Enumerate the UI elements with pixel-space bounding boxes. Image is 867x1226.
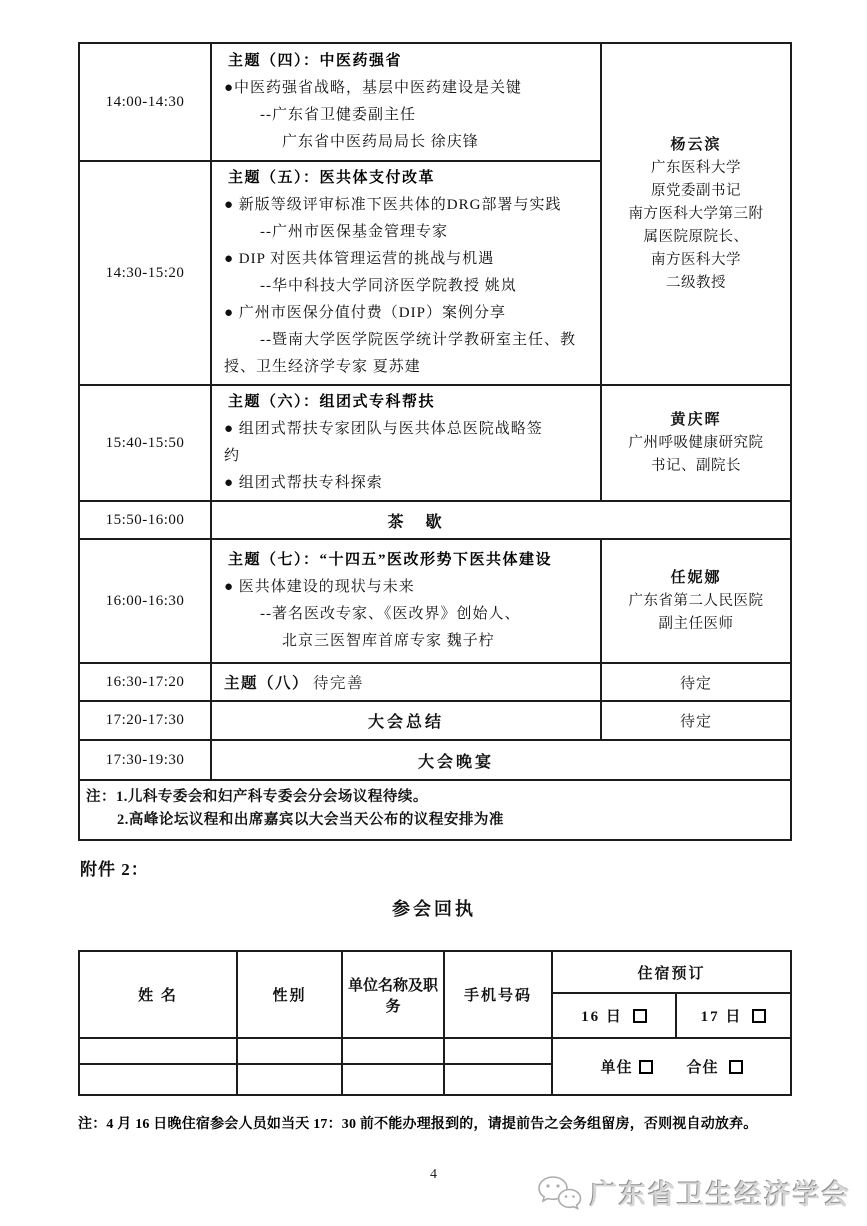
time-cell: 15:40-15:50 bbox=[79, 385, 211, 501]
text-line: 南方医科大学第三附 bbox=[604, 203, 788, 226]
topic-cell: 主题（五）：医共体支付改革● 新版等级评审标准下医共体的DRG部署与实践--广州… bbox=[211, 161, 601, 385]
text-line: ● DIP 对医共体管理运营的挑战与机遇 bbox=[216, 246, 596, 273]
speaker-pending-cell: 待定 bbox=[601, 701, 791, 740]
form-data-row: 单住合住 bbox=[79, 1038, 791, 1064]
text-line: 2.高峰论坛议程和出席嘉宾以大会当天公布的议程安排为准 bbox=[86, 809, 784, 832]
lodging-shared-label: 合住 bbox=[687, 1060, 719, 1076]
speaker-cell: 杨云滨广东医科大学原党委副书记南方医科大学第三附属医院原院长、南方医科大学二级教… bbox=[601, 43, 791, 385]
text-line: 广东省中医药局局长 徐庆锋 bbox=[216, 129, 596, 156]
text-line: 杨云滨 bbox=[604, 134, 788, 157]
speaker-cell: 黄庆晖广州呼吸健康研究院书记、副院长 bbox=[601, 385, 791, 501]
booking-day17-cell: 17 日 bbox=[676, 993, 791, 1038]
text-line: --广东省卫健委副主任 bbox=[216, 102, 596, 129]
text-line: 副主任医师 bbox=[604, 613, 788, 636]
agenda-notes-row: 注：1.儿科专委会和妇产科专委会分会场议程待续。2.高峰论坛议程和出席嘉宾以大会… bbox=[79, 780, 791, 840]
text-line: --著名医改专家、《医改界》创始人、 bbox=[216, 601, 596, 628]
time-cell: 14:30-15:20 bbox=[79, 161, 211, 385]
text-line: 广东医科大学 bbox=[604, 157, 788, 180]
agenda-table: 14:00-14:30 主题（四）：中医药强省●中医药强省战略，基层中医药建设是… bbox=[78, 42, 792, 841]
text-line: ● 广州市医保分值付费（DIP）案例分享 bbox=[216, 300, 596, 327]
agenda-row-topic8: 16:30-17:20 主题（八）待完善 待定 bbox=[79, 663, 791, 701]
reply-form-title: 参会回执 bbox=[78, 895, 790, 921]
day16-checkbox bbox=[633, 1009, 647, 1023]
text-line: 属医院原院长、 bbox=[604, 226, 788, 249]
summary-cell: 大会总结 bbox=[211, 701, 601, 740]
text-line: ● 组团式帮扶专家团队与医共体总医院战略签 bbox=[216, 416, 596, 443]
text-line: --华中科技大学同济医学院教授 姚岚 bbox=[216, 273, 596, 300]
text-line: ●中医药强省战略，基层中医药建设是关键 bbox=[216, 75, 596, 102]
banquet-cell: 大会晚宴 bbox=[211, 740, 791, 780]
time-cell: 16:30-17:20 bbox=[79, 663, 211, 701]
time-cell: 17:20-17:30 bbox=[79, 701, 211, 740]
agenda-row-tea-break: 15:50-16:00 茶 歇 bbox=[79, 501, 791, 539]
text-line: 任妮娜 bbox=[604, 567, 788, 590]
form-empty-cell bbox=[237, 1064, 342, 1095]
time-cell: 17:30-19:30 bbox=[79, 740, 211, 780]
reply-form-table: 姓 名 性别 单位名称及职务 手机号码 住宿预订 16 日 17 日 单住合住 bbox=[78, 950, 792, 1096]
text-line: --广州市医保基金管理专家 bbox=[216, 219, 596, 246]
lodging-cell: 单住合住 bbox=[552, 1038, 791, 1095]
text-line: ● 组团式帮扶专科探索 bbox=[216, 470, 596, 497]
text-line: 主题（四）：中医药强省 bbox=[216, 48, 596, 75]
form-empty-cell bbox=[342, 1038, 444, 1064]
form-header-row: 姓 名 性别 单位名称及职务 手机号码 住宿预订 bbox=[79, 951, 791, 993]
text-line: --暨南大学医学院医学统计学教研室主任、教 bbox=[216, 327, 596, 354]
form-empty-cell bbox=[237, 1038, 342, 1064]
text-line: 主题（五）：医共体支付改革 bbox=[216, 165, 596, 192]
agenda-row-summary: 17:20-17:30 大会总结 待定 bbox=[79, 701, 791, 740]
text-line: 北京三医智库首席专家 魏子柠 bbox=[216, 628, 596, 655]
header-gender: 性别 bbox=[237, 951, 342, 1038]
text-line: 原党委副书记 bbox=[604, 180, 788, 203]
text-line: ● 新版等级评审标准下医共体的DRG部署与实践 bbox=[216, 192, 596, 219]
text-line: 授、卫生经济学专家 夏苏建 bbox=[216, 354, 596, 381]
agenda-row-topic6: 15:40-15:50 主题（六）：组团式专科帮扶● 组团式帮扶专家团队与医共体… bbox=[79, 385, 791, 501]
topic8-status: 待完善 bbox=[313, 675, 364, 692]
form-empty-cell bbox=[342, 1064, 444, 1095]
text-line: ● 医共体建设的现状与未来 bbox=[216, 574, 596, 601]
form-empty-cell bbox=[444, 1038, 552, 1064]
header-org: 单位名称及职务 bbox=[342, 951, 444, 1038]
form-empty-cell bbox=[79, 1064, 237, 1095]
day17-checkbox bbox=[752, 1009, 766, 1023]
topic8-title: 主题（八） bbox=[224, 675, 309, 692]
agenda-row-topic7: 16:00-16:30 主题（七）：“十四五”医改形势下医共体建设● 医共体建设… bbox=[79, 539, 791, 663]
text-line: 南方医科大学 bbox=[604, 249, 788, 272]
agenda-notes: 注：1.儿科专委会和妇产科专委会分会场议程待续。2.高峰论坛议程和出席嘉宾以大会… bbox=[79, 780, 791, 840]
shared-checkbox bbox=[729, 1060, 743, 1074]
time-cell: 16:00-16:30 bbox=[79, 539, 211, 663]
topic-cell: 主题（六）：组团式专科帮扶● 组团式帮扶专家团队与医共体总医院战略签约● 组团式… bbox=[211, 385, 601, 501]
text-line: 广州呼吸健康研究院 bbox=[604, 432, 788, 455]
attachment-label: 附件 2： bbox=[80, 855, 867, 880]
topic-cell: 主题（八）待完善 bbox=[211, 663, 601, 701]
text-line: 二级教授 bbox=[604, 272, 788, 295]
text-line: 注：1.儿科专委会和妇产科专委会分会场议程待续。 bbox=[86, 786, 784, 809]
header-phone: 手机号码 bbox=[444, 951, 552, 1038]
wechat-icon bbox=[536, 1174, 582, 1212]
text-line: 黄庆晖 bbox=[604, 409, 788, 432]
topic-cell: 主题（七）：“十四五”医改形势下医共体建设● 医共体建设的现状与未来--著名医改… bbox=[211, 539, 601, 663]
text-line: 约 bbox=[216, 443, 596, 470]
header-name: 姓 名 bbox=[79, 951, 237, 1038]
lodging-single-label: 单住 bbox=[600, 1060, 632, 1076]
text-line: 书记、副院长 bbox=[604, 455, 788, 478]
text-line: 主题（七）：“十四五”医改形势下医共体建设 bbox=[216, 547, 596, 574]
booking-day16-cell: 16 日 bbox=[552, 993, 676, 1038]
form-empty-cell bbox=[444, 1064, 552, 1095]
footer: 广东省卫生经济学会 bbox=[536, 1173, 851, 1212]
single-checkbox bbox=[639, 1060, 653, 1074]
agenda-row-topic4: 14:00-14:30 主题（四）：中医药强省●中医药强省战略，基层中医药建设是… bbox=[79, 43, 791, 161]
time-cell: 14:00-14:30 bbox=[79, 43, 211, 161]
speaker-cell: 任妮娜广东省第二人民医院副主任医师 bbox=[601, 539, 791, 663]
footer-account-name: 广东省卫生经济学会 bbox=[590, 1173, 851, 1212]
booking-day17-label: 17 日 bbox=[701, 1009, 743, 1025]
topic-cell: 主题（四）：中医药强省●中医药强省战略，基层中医药建设是关键--广东省卫健委副主… bbox=[211, 43, 601, 161]
tea-break-cell: 茶 歇 bbox=[211, 501, 791, 539]
speaker-pending-cell: 待定 bbox=[601, 663, 791, 701]
text-line: 主题（六）：组团式专科帮扶 bbox=[216, 389, 596, 416]
form-note: 注：4 月 16 日晚住宿参会人员如当天 17：30 前不能办理报到的，请提前告… bbox=[78, 1113, 792, 1133]
agenda-row-banquet: 17:30-19:30 大会晚宴 bbox=[79, 740, 791, 780]
header-booking: 住宿预订 bbox=[552, 951, 791, 993]
time-cell: 15:50-16:00 bbox=[79, 501, 211, 539]
form-empty-cell bbox=[79, 1038, 237, 1064]
booking-day16-label: 16 日 bbox=[581, 1009, 623, 1025]
text-line: 广东省第二人民医院 bbox=[604, 590, 788, 613]
